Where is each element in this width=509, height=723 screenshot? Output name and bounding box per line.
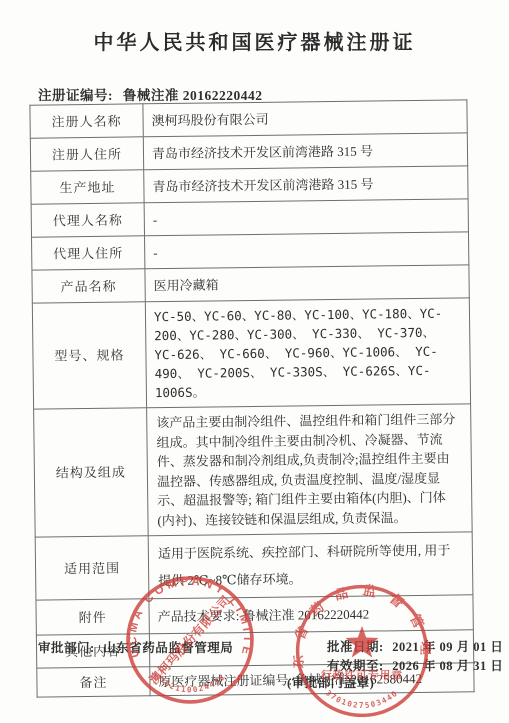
certificate-number-line: 注册证编号: 鲁械注准 20162220442	[38, 84, 263, 104]
row-value: 医用冷藏箱	[145, 265, 469, 302]
valid-until-label: 有效期至:	[327, 659, 384, 673]
valid-until-value: 2026 年 08 月 31 日	[392, 659, 503, 673]
approval-date-value: 2021 年 09 月 01 日	[392, 640, 503, 654]
certificate-number-label: 注册证编号:	[38, 88, 113, 103]
table-row-agent-name: 代理人名称 -	[31, 199, 468, 237]
row-value: 该产品主要由制冷组件、温控组件和箱门组件三部分组成。其中制冷组件主要由制冷机、冷…	[147, 404, 473, 536]
table-row-product-name: 产品名称 医用冷藏箱	[32, 265, 469, 303]
certificate-page: 中华人民共和国医疗器械注册证 注册证编号: 鲁械注准 20162220442 注…	[0, 0, 509, 723]
approval-date-label: 批准日期:	[327, 640, 384, 654]
row-value: 青岛市经济技术开发区前湾港路 315 号	[143, 133, 467, 170]
certificate-number-value: 鲁械注准 20162220442	[123, 88, 263, 103]
approval-department-line: 审批部门: 山东省药品监督管理局	[38, 638, 233, 656]
row-label: 代理人名称	[31, 203, 144, 237]
row-value: 青岛市经济技术开发区前湾港路 315 号	[144, 166, 468, 203]
row-value: 产品技术要求: 鲁械注准 20162220442	[149, 595, 473, 634]
row-value: 澳柯玛股份有限公司	[143, 100, 467, 137]
certificate-table-wrap: 注册人名称 澳柯玛股份有限公司 注册人住所 青岛市经济技术开发区前湾港路 315…	[29, 99, 474, 697]
row-label: 代理人住所	[32, 236, 145, 270]
row-label: 注册人名称	[30, 104, 143, 138]
row-label: 备注	[37, 667, 150, 697]
approval-department-label: 审批部门:	[38, 641, 95, 655]
table-row-registrant-address: 注册人住所 青岛市经济技术开发区前湾港路 315 号	[30, 133, 467, 171]
certificate-table: 注册人名称 澳柯玛股份有限公司 注册人住所 青岛市经济技术开发区前湾港路 315…	[29, 99, 474, 697]
approval-department-value: 山东省药品监督管理局	[103, 641, 233, 655]
table-row-attachment: 附件 产品技术要求: 鲁械注准 20162220442	[36, 595, 473, 635]
row-label: 附件	[36, 599, 149, 635]
table-row-production-address: 生产地址 青岛市经济技术开发区前湾港路 315 号	[31, 166, 468, 204]
row-value: -	[144, 199, 468, 236]
table-row-agent-address: 代理人住所 -	[32, 232, 469, 270]
approval-date-line: 批准日期: 2021 年 09 月 01 日	[327, 637, 503, 655]
row-value: 适用于医院系统、疾控部门、科研院所等使用, 用于提供 2℃~8℃储存环境。	[148, 532, 473, 599]
table-row-structure-composition: 结构及组成 该产品主要由制冷组件、温控组件和箱门组件三部分组成。其中制冷组件主要…	[34, 404, 473, 537]
table-row-models-specs: 型号、规格 YC-50、YC-60、YC-80、YC-100、YC-180、YC…	[32, 298, 470, 409]
row-label: 生产地址	[31, 170, 144, 204]
table-row-registrant-name: 注册人名称 澳柯玛股份有限公司	[30, 100, 467, 138]
row-label: 型号、规格	[32, 302, 146, 409]
row-label: 适用范围	[35, 536, 149, 600]
row-value: YC-50、YC-60、YC-80、YC-100、YC-180、YC-200、Y…	[145, 298, 470, 408]
seal-note: (审批部门盖章)	[287, 673, 374, 691]
valid-until-line: 有效期至: 2026 年 08 月 31 日	[327, 656, 503, 674]
row-label: 产品名称	[32, 269, 145, 303]
certificate-title: 中华人民共和国医疗器械注册证	[0, 26, 509, 55]
row-label: 注册人住所	[30, 137, 143, 171]
row-value: -	[145, 232, 469, 269]
table-row-intended-use: 适用范围 适用于医院系统、疾控部门、科研院所等使用, 用于提供 2℃~8℃储存环…	[35, 532, 473, 600]
row-label: 结构及组成	[34, 408, 149, 537]
